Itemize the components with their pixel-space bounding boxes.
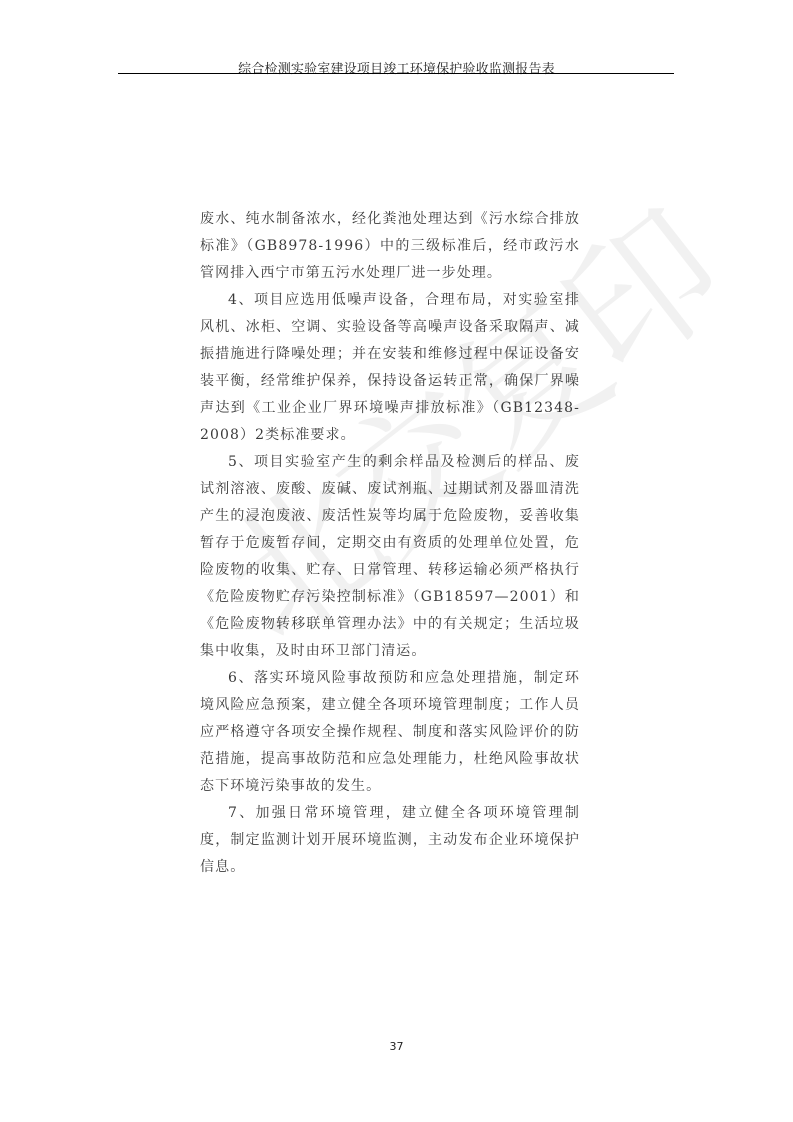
- document-body: 废水、纯水制备浓水，经化粪池处理达到《污水综合排放标准》（GB8978-1996…: [200, 206, 580, 881]
- paragraph-wastewater: 废水、纯水制备浓水，经化粪池处理达到《污水综合排放标准》（GB8978-1996…: [200, 206, 580, 287]
- paragraph-item-6-risk: 6、落实环境风险事故预防和应急处理措施，制定环境风险应急预案，建立健全各项环境管…: [200, 665, 580, 800]
- header-divider: [118, 73, 674, 74]
- paragraph-item-4-noise: 4、项目应选用低噪声设备，合理布局，对实验室排风机、冰柜、空调、实验设备等高噪声…: [200, 287, 580, 449]
- document-header-title: 综合检测实验室建设项目竣工环境保护验收监测报告表: [0, 58, 793, 77]
- page-number: 37: [0, 1040, 793, 1053]
- paragraph-item-7-management: 7、加强日常环境管理，建立健全各项环境管理制度，制定监测计划开展环境监测，主动发…: [200, 800, 580, 881]
- paragraph-item-5-hazardous-waste: 5、项目实验室产生的剩余样品及检测后的样品、废试剂溶液、废酸、废碱、废试剂瓶、过…: [200, 449, 580, 665]
